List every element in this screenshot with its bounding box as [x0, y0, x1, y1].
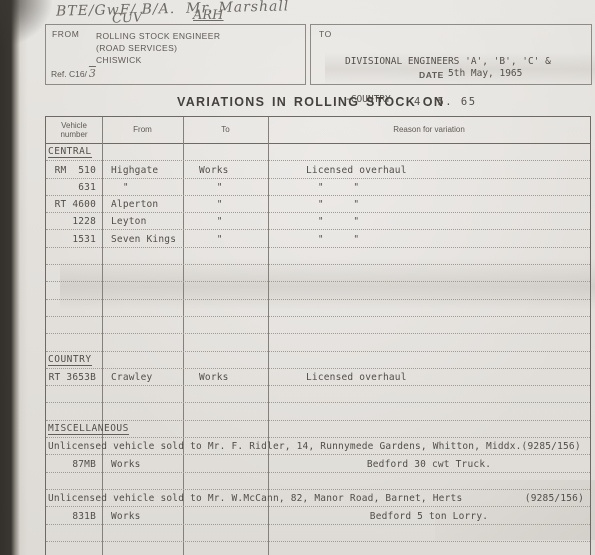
section-label: COUNTRY: [48, 354, 92, 366]
to-cell: Works: [183, 372, 268, 383]
from-box: FROM ROLLING STOCK ENGINEER (ROAD SERVIC…: [45, 24, 306, 85]
header-to: To: [183, 117, 268, 143]
to-cell: ": [183, 182, 268, 193]
table-row: [46, 265, 590, 282]
table-body: CENTRALRM 510HighgateWorksLicensed overh…: [46, 144, 590, 555]
table-row: [46, 473, 590, 490]
date-value: 5th May, 1965: [448, 68, 522, 79]
document-title-date: 4. 5. 65: [414, 96, 477, 108]
handwritten-ref-number: 3: [89, 67, 96, 80]
from-cell: Seven Kings: [102, 234, 183, 245]
section-label: MISCELLANEOUS: [48, 423, 129, 435]
table-row: RM 510HighgateWorksLicensed overhaul: [46, 161, 590, 178]
reason-cell: " ": [268, 216, 590, 227]
reason-cell: Bedford 5 ton Lorry.: [268, 511, 590, 522]
table-row: [46, 317, 590, 334]
from-cell: Alperton: [102, 199, 183, 210]
sender-line: ROLLING STOCK ENGINEER: [96, 31, 220, 43]
sender-address: ROLLING STOCK ENGINEER (ROAD SERVICES) C…: [96, 31, 220, 67]
vehicle-number-cell: RM 510: [46, 165, 102, 176]
table-row: RT 4600Alperton " " ": [46, 196, 590, 213]
table-row: [46, 334, 590, 351]
recipient-line: DIVISIONAL ENGINEERS 'A', 'B', 'C' &: [345, 56, 551, 69]
reference-number: (9285/156): [525, 493, 590, 504]
spanning-note: Unlicensed vehicle sold to Mr. W.McCann,…: [46, 493, 525, 504]
from-cell: Works: [102, 511, 183, 522]
vehicle-number-cell: RT 3653B: [46, 372, 102, 383]
table-row: [46, 248, 590, 265]
table-row: [46, 282, 590, 299]
table-row: [46, 403, 590, 420]
document-title: VARIATIONS IN ROLLING STOCK ON: [177, 95, 444, 109]
table-header-row: Vehicle number From To Reason for variat…: [46, 117, 590, 144]
table-row: COUNTRY: [46, 352, 590, 369]
header-reason: Reason for variation: [268, 117, 590, 143]
table-row: Unlicensed vehicle sold to Mr. W.McCann,…: [46, 490, 590, 507]
vehicle-number-cell: 831B: [46, 511, 102, 522]
vehicle-number-cell: 631: [46, 182, 102, 193]
table-row: CENTRAL: [46, 144, 590, 161]
date-label: DATE: [419, 70, 444, 80]
table-row: 1228Leyton " " ": [46, 213, 590, 230]
reason-cell: Licensed overhaul: [268, 372, 590, 383]
from-cell: ": [102, 182, 183, 193]
header-from: From: [102, 117, 183, 143]
table-row: 1531Seven Kings " " ": [46, 230, 590, 247]
variations-table: Vehicle number From To Reason for variat…: [45, 116, 591, 555]
from-cell: Leyton: [102, 216, 183, 227]
to-cell: ": [183, 234, 268, 245]
vehicle-number-cell: 1531: [46, 234, 102, 245]
from-cell: Highgate: [102, 165, 183, 176]
reason-cell: Bedford 30 cwt Truck.: [268, 459, 590, 470]
table-row: [46, 542, 590, 555]
to-cell: ": [183, 216, 268, 227]
scanned-document-page: BTE/GwF/ B/A. Mr. Marshall CUV ARH FROM …: [0, 0, 595, 555]
handwritten-routing-note: BTE/GwF/ B/A. Mr. Marshall: [56, 0, 290, 20]
to-cell: ": [183, 199, 268, 210]
reference-line: Ref. C16/3: [51, 67, 96, 80]
reason-cell: " ": [268, 182, 590, 193]
to-label: TO: [319, 29, 332, 39]
scan-dark-edge: [0, 0, 28, 555]
from-cell: Works: [102, 459, 183, 470]
to-cell: Works: [183, 165, 268, 176]
section-label: CENTRAL: [48, 146, 92, 158]
reason-cell: " ": [268, 234, 590, 245]
to-box: TO DIVISIONAL ENGINEERS 'A', 'B', 'C' & …: [310, 24, 592, 85]
table-row: RT 3653BCrawleyWorksLicensed overhaul: [46, 369, 590, 386]
from-cell: Crawley: [102, 372, 183, 383]
vehicle-number-cell: 87MB: [46, 459, 102, 470]
table-row: [46, 525, 590, 542]
sender-line: (ROAD SERVICES): [96, 43, 220, 55]
reason-cell: " ": [268, 199, 590, 210]
table-row: 87MBWorksBedford 30 cwt Truck.: [46, 455, 590, 472]
ref-label: Ref. C16/: [51, 69, 87, 79]
table-row: MISCELLANEOUS: [46, 421, 590, 438]
table-row: [46, 386, 590, 403]
vehicle-number-cell: RT 4600: [46, 199, 102, 210]
spanning-note: Unlicensed vehicle sold to Mr. F. Ridler…: [46, 441, 590, 452]
header-vehicle-number: Vehicle number: [46, 117, 102, 143]
table-row: Unlicensed vehicle sold to Mr. F. Ridler…: [46, 438, 590, 455]
vehicle-number-cell: 1228: [46, 216, 102, 227]
reason-cell: Licensed overhaul: [268, 165, 590, 176]
table-row: 631 " " " ": [46, 179, 590, 196]
sender-line: CHISWICK: [96, 55, 220, 67]
table-row: [46, 300, 590, 317]
table-row: 831BWorksBedford 5 ton Lorry.: [46, 507, 590, 524]
handwritten-initials-arh: ARH: [193, 8, 224, 23]
from-label: FROM: [52, 29, 79, 39]
